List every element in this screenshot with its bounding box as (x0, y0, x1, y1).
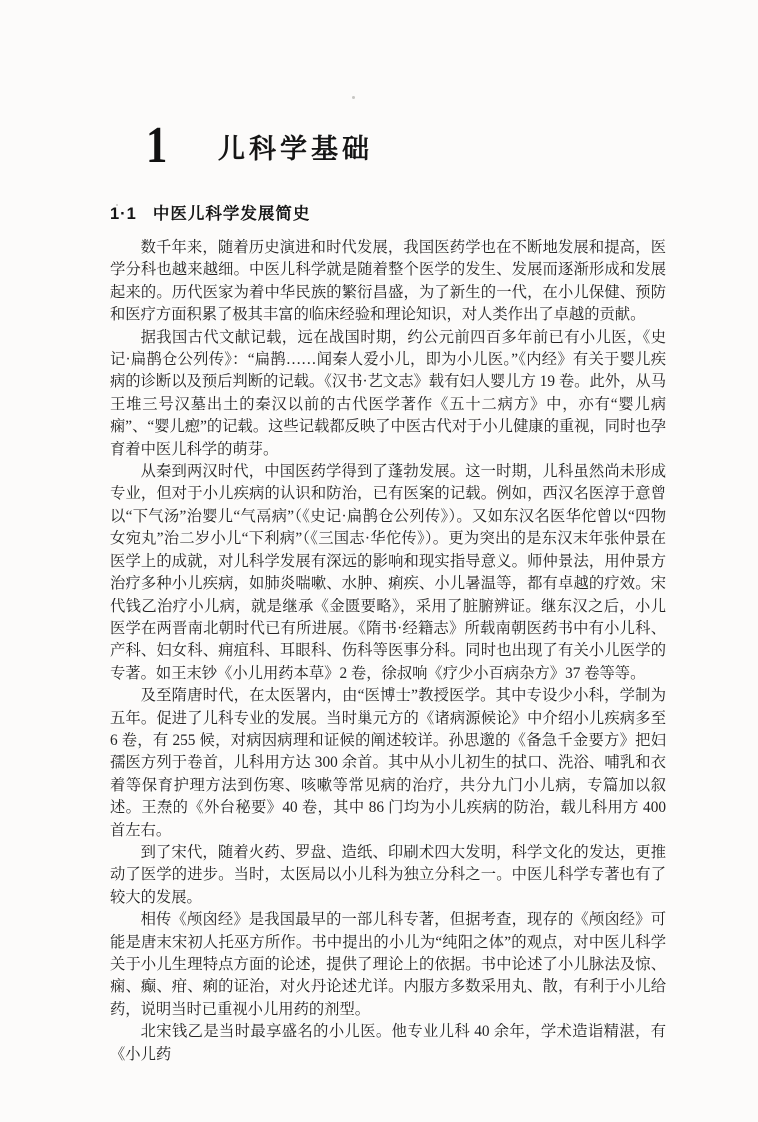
chapter-title: 儿科学基础 (218, 127, 373, 166)
body-paragraph: 据我国古代文献记载，远在战国时期，约公元前四百多年前已有小儿医，《史记·扁鹊仓公… (110, 327, 666, 461)
body-paragraph: 及至隋唐时代，在太医署内，由“医博士”教授医学。其中专设少小科，学制为五年。促进… (110, 685, 666, 842)
scan-artifact-speck (352, 96, 355, 99)
scanned-book-page: 1 儿科学基础 1·1 中医儿科学发展简史 数千年来，随着历史演进和时代发展，我… (0, 0, 758, 1122)
body-paragraph: 相传《颅囟经》是我国最早的一部儿科专著，但据考查，现存的《颅囟经》可能是唐末宋初… (110, 909, 666, 1021)
body-text: 数千年来，随着历史演进和时代发展，我国医药学也在不断地发展和提高，医学分科也越来… (110, 237, 666, 1066)
body-paragraph: 到了宋代，随着火药、罗盘、造纸、印刷术四大发明，科学文化的发达，更推动了医学的进… (110, 842, 666, 909)
chapter-header: 1 儿科学基础 (110, 118, 666, 174)
body-paragraph: 从秦到两汉时代，中国医药学得到了蓬勃发展。这一时期，儿科虽然尚未形成专业，但对于… (110, 461, 666, 685)
body-paragraph: 北宋钱乙是当时最享盛名的小儿医。他专业儿科 40 余年，学术造诣精湛，有《小儿药 (110, 1021, 666, 1066)
section-heading: 1·1 中医儿科学发展简史 (110, 200, 666, 224)
chapter-number: 1 (146, 120, 167, 172)
body-paragraph: 数千年来，随着历史演进和时代发展，我国医药学也在不断地发展和提高，医学分科也越来… (110, 237, 666, 327)
section-number: 1·1 (110, 205, 137, 224)
page-content: 1 儿科学基础 1·1 中医儿科学发展简史 数千年来，随着历史演进和时代发展，我… (110, 118, 666, 1066)
section-title: 中医儿科学发展简史 (153, 200, 311, 224)
